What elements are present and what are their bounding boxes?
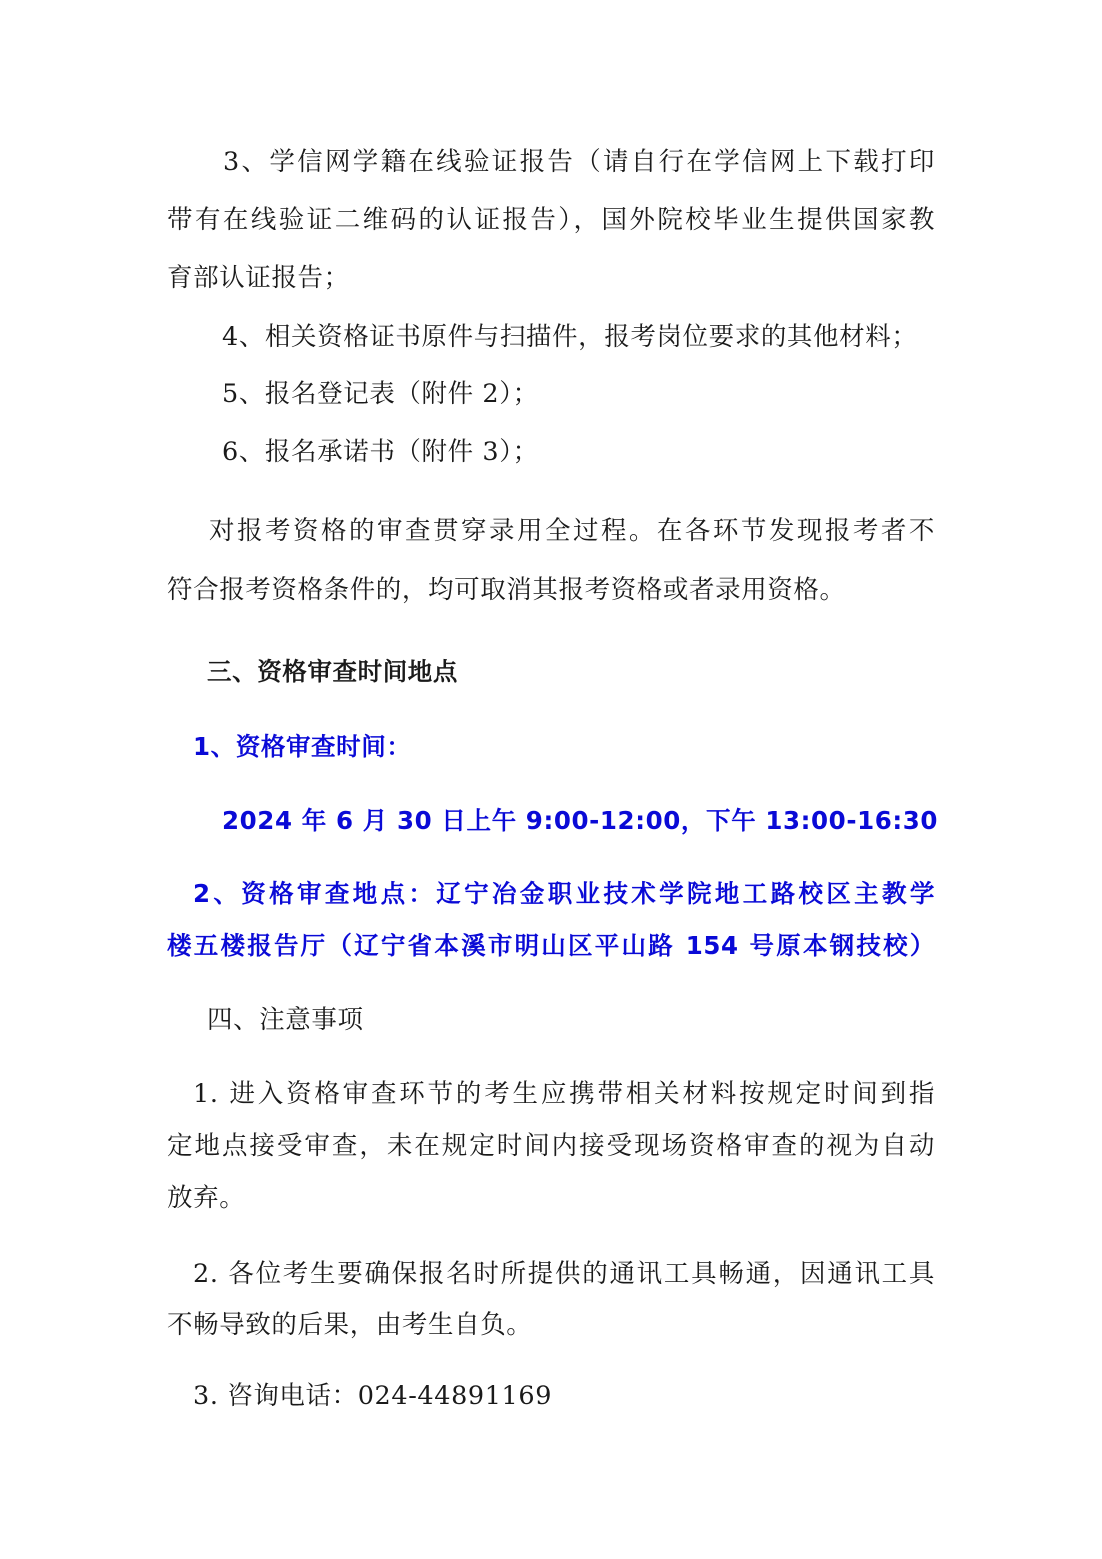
- review-time-value: 2024 年 6 月 30 日上午 9:00-12:00，下午 13:00-16…: [222, 806, 938, 836]
- section-4-heading: 四、注意事项: [207, 1005, 364, 1035]
- materials-item-4: 4、相关资格证书原件与扫描件，报考岗位要求的其他材料；: [222, 322, 917, 352]
- note-2-line-1: 2. 各位考生要确保报名时所提供的通讯工具畅通，因通讯工具: [167, 1259, 935, 1289]
- document-page: 3、学信网学籍在线验证报告（请自行在学信网上下载打印 带有在线验证二维码的认证报…: [0, 0, 1102, 1559]
- review-location-line-2: 楼五楼报告厅（辽宁省本溪市明山区平山路 154 号原本钢技校）: [167, 931, 935, 961]
- materials-item-3-line-2: 带有在线验证二维码的认证报告），国外院校毕业生提供国家教: [167, 205, 935, 235]
- note-1-line-3: 放弃。: [167, 1183, 245, 1213]
- note-3-contact-phone: 3. 咨询电话：024-44891169: [193, 1381, 552, 1411]
- materials-item-5: 5、报名登记表（附件 2）；: [222, 379, 539, 409]
- review-time-label: 1、资格审查时间：: [193, 732, 411, 762]
- note-1-line-2: 定地点接受审查，未在规定时间内接受现场资格审查的视为自动: [167, 1131, 935, 1161]
- section-3-heading: 三、资格审查时间地点: [207, 657, 458, 687]
- review-note-line-1: 对报考资格的审查贯穿录用全过程。在各环节发现报考者不: [167, 516, 935, 546]
- review-note-line-2: 符合报考资格条件的，均可取消其报考资格或者录用资格。: [167, 575, 846, 605]
- review-location-line-1: 2、资格审查地点：辽宁冶金职业技术学院地工路校区主教学: [167, 879, 935, 909]
- note-1-line-1: 1. 进入资格审查环节的考生应携带相关材料按规定时间到指: [167, 1079, 935, 1109]
- materials-item-3-line-3: 育部认证报告；: [167, 263, 350, 293]
- materials-item-3-line-1: 3、学信网学籍在线验证报告（请自行在学信网上下载打印: [167, 147, 935, 177]
- note-2-line-2: 不畅导致的后果，由考生自负。: [167, 1310, 532, 1340]
- materials-item-6: 6、报名承诺书（附件 3）；: [222, 437, 539, 467]
